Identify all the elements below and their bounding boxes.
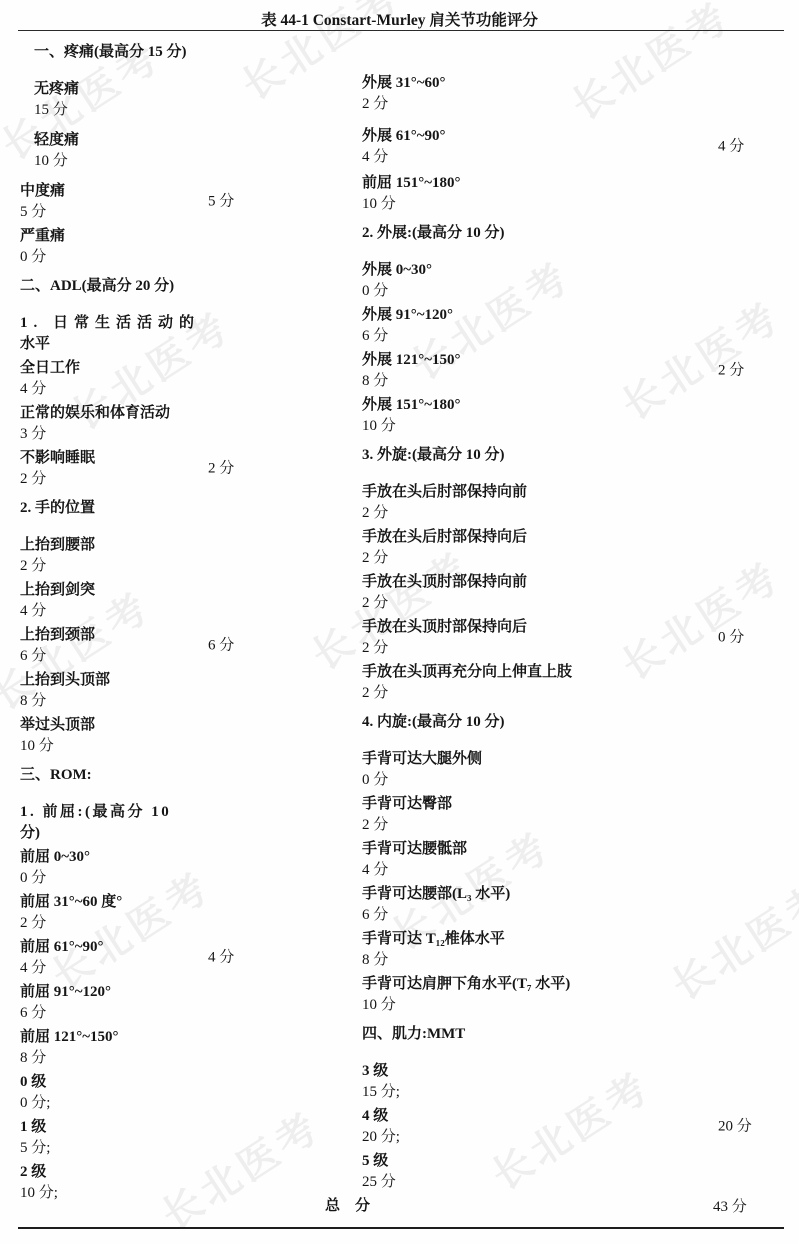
item-label: 0 级 xyxy=(20,1072,350,1093)
scoring-item: 外展 61°~90° 4 分 4 分 xyxy=(362,126,792,168)
item-label: 上抬到头顶部 xyxy=(20,670,350,691)
top-rule xyxy=(18,30,784,31)
section-rom: 三、ROM: xyxy=(20,765,350,786)
section-external-rotation: 3. 外旋:(最高分 10 分) xyxy=(362,445,792,466)
scoring-item: 无疼痛 15 分 xyxy=(34,79,350,121)
scoring-item: 手背可达大腿外侧 0 分 xyxy=(362,749,792,791)
item-label: 手背可达腰部(L₃ 水平) xyxy=(362,884,792,905)
item-points: 5 分; xyxy=(20,1138,350,1159)
item-label: 手背可达 T₁₂椎体水平 xyxy=(362,929,792,950)
item-points: 2 分 xyxy=(362,683,792,704)
item-points: 15 分; xyxy=(362,1082,792,1103)
item-label: 2 级 xyxy=(20,1162,350,1183)
item-label: 举过头顶部 xyxy=(20,715,350,736)
scoring-item: 4 级 20 分; 20 分 xyxy=(362,1106,792,1148)
item-label: 严重痛 xyxy=(20,226,350,247)
scoring-item: 外展 121°~150° 8 分 2 分 xyxy=(362,350,792,392)
column-score: 6 分 xyxy=(208,636,234,657)
item-label: 1 级 xyxy=(20,1117,350,1138)
scoring-item: 前屈 61°~90° 4 分 4 分 xyxy=(20,937,350,979)
column-score: 5 分 xyxy=(208,192,234,213)
scoring-item: 外展 0~30° 0 分 xyxy=(362,260,792,302)
item-label: 5 级 xyxy=(362,1151,792,1172)
section-internal-rotation: 4. 内旋:(最高分 10 分) xyxy=(362,712,792,733)
column-score: 2 分 xyxy=(718,361,744,382)
item-label: 水平 xyxy=(20,334,350,355)
item-points: 0 分 xyxy=(362,281,792,302)
scoring-item: 上抬到剑突 4 分 xyxy=(20,580,350,622)
scoring-item: 不影响睡眠 2 分 2 分 xyxy=(20,448,350,490)
item-label: 手背可达肩胛下角水平(T₇ 水平) xyxy=(362,974,792,995)
scoring-item: 手放在头顶肘部保持向后 2 分 0 分 xyxy=(362,617,792,659)
item-points: 8 分 xyxy=(362,950,792,971)
item-label: 1. 前屈:(最高分 10 xyxy=(20,802,350,823)
item-label: 前屈 61°~90° xyxy=(20,937,350,958)
scoring-item: 手放在头后肘部保持向后 2 分 xyxy=(362,527,792,569)
item-label: 手放在头后肘部保持向后 xyxy=(362,527,792,548)
scoring-item: 手放在头顶再充分向上伸直上肢 2 分 xyxy=(362,662,792,704)
scoring-item: 手背可达肩胛下角水平(T₇ 水平) 10 分 xyxy=(362,974,792,1016)
scoring-item: 3 级 15 分; xyxy=(362,1061,792,1103)
item-points: 4 分 xyxy=(362,860,792,881)
item-points: 4 分 xyxy=(20,601,350,622)
item-points: 3 分 xyxy=(20,424,350,445)
column-score: 2 分 xyxy=(208,459,234,480)
subsection-header: 1. 日常生活活动的 水平 xyxy=(20,313,350,355)
item-points: 5 分 xyxy=(20,202,350,223)
scoring-item: 全日工作 4 分 xyxy=(20,358,350,400)
item-points: 15 分 xyxy=(34,100,350,121)
item-label: 上抬到颈部 xyxy=(20,625,350,646)
item-label: 上抬到剑突 xyxy=(20,580,350,601)
item-points: 0 分 xyxy=(362,770,792,791)
item-points: 2 分 xyxy=(20,913,350,934)
item-points: 0 分 xyxy=(20,868,350,889)
item-label: 外展 31°~60° xyxy=(362,73,792,94)
item-label: 正常的娱乐和体育活动 xyxy=(20,403,350,424)
bottom-rule xyxy=(18,1227,784,1229)
scoring-item: 轻度痛 10 分 xyxy=(34,130,350,172)
item-label: 手放在头顶肘部保持向前 xyxy=(362,572,792,593)
section-pain: 一、疼痛(最高分 15 分) xyxy=(34,42,350,63)
item-points: 2 分 xyxy=(362,503,792,524)
column-score: 4 分 xyxy=(718,137,744,158)
section-abduction: 2. 外展:(最高分 10 分) xyxy=(362,223,792,244)
item-points: 6 分 xyxy=(362,326,792,347)
item-points: 10 分 xyxy=(362,416,792,437)
subsection-header: 1. 前屈:(最高分 10 分) xyxy=(20,802,350,844)
scoring-item: 手背可达腰部(L₃ 水平) 6 分 xyxy=(362,884,792,926)
item-label: 前屈 91°~120° xyxy=(20,982,350,1003)
item-points: 25 分 xyxy=(362,1172,792,1193)
item-label: 轻度痛 xyxy=(34,130,350,151)
item-points: 0 分 xyxy=(20,247,350,268)
scoring-item: 手放在头后肘部保持向前 2 分 xyxy=(362,482,792,524)
column-score: 20 分 xyxy=(718,1117,752,1138)
scoring-item: 1 级 5 分; xyxy=(20,1117,350,1159)
scoring-item: 前屈 91°~120° 6 分 xyxy=(20,982,350,1024)
item-points: 2 分 xyxy=(362,548,792,569)
item-points: 2 分 xyxy=(362,815,792,836)
section-hand-position: 2. 手的位置 xyxy=(20,498,350,519)
column-score: 0 分 xyxy=(718,628,744,649)
item-label: 不影响睡眠 xyxy=(20,448,350,469)
item-label: 前屈 0~30° xyxy=(20,847,350,868)
scoring-item: 外展 91°~120° 6 分 xyxy=(362,305,792,347)
scoring-item: 前屈 151°~180° 10 分 xyxy=(362,173,792,215)
left-column: 一、疼痛(最高分 15 分) 无疼痛 15 分 轻度痛 10 分 中度痛 5 分… xyxy=(20,34,350,1207)
item-label: 外展 91°~120° xyxy=(362,305,792,326)
item-label: 手背可达大腿外侧 xyxy=(362,749,792,770)
item-label: 3 级 xyxy=(362,1061,792,1082)
scoring-item: 上抬到头顶部 8 分 xyxy=(20,670,350,712)
scoring-item: 前屈 121°~150° 8 分 xyxy=(20,1027,350,1069)
column-score: 4 分 xyxy=(208,948,234,969)
item-points: 2 分 xyxy=(362,593,792,614)
item-label: 手放在头顶再充分向上伸直上肢 xyxy=(362,662,792,683)
scoring-item: 上抬到颈部 6 分 6 分 xyxy=(20,625,350,667)
scoring-item: 外展 31°~60° 2 分 xyxy=(362,73,792,115)
scoring-item: 上抬到腰部 2 分 xyxy=(20,535,350,577)
item-points: 2 分 xyxy=(20,556,350,577)
item-label: 外展 151°~180° xyxy=(362,395,792,416)
item-points: 10 分; xyxy=(20,1183,350,1204)
item-points: 2 分 xyxy=(20,469,350,490)
section-adl: 二、ADL(最高分 20 分) xyxy=(20,276,350,297)
scoring-item: 0 级 0 分; xyxy=(20,1072,350,1114)
item-points: 6 分 xyxy=(20,1003,350,1024)
item-label: 中度痛 xyxy=(20,181,350,202)
scoring-item: 2 级 10 分; xyxy=(20,1162,350,1204)
scoring-item: 手放在头顶肘部保持向前 2 分 xyxy=(362,572,792,614)
scoring-item: 中度痛 5 分 5 分 xyxy=(20,181,350,223)
item-label: 手背可达臀部 xyxy=(362,794,792,815)
item-label: 前屈 151°~180° xyxy=(362,173,792,194)
scoring-item: 正常的娱乐和体育活动 3 分 xyxy=(20,403,350,445)
item-points: 4 分 xyxy=(20,958,350,979)
scoring-item: 前屈 31°~60 度° 2 分 xyxy=(20,892,350,934)
item-label: 手背可达腰骶部 xyxy=(362,839,792,860)
item-points: 0 分; xyxy=(20,1093,350,1114)
item-points: 4 分 xyxy=(20,379,350,400)
section-muscle-strength: 四、肌力:MMT xyxy=(362,1024,792,1045)
item-label: 手放在头后肘部保持向前 xyxy=(362,482,792,503)
item-label: 分) xyxy=(20,823,350,844)
scoring-item: 前屈 0~30° 0 分 xyxy=(20,847,350,889)
item-points: 10 分 xyxy=(34,151,350,172)
right-column: 外展 31°~60° 2 分 外展 61°~90° 4 分 4 分 前屈 151… xyxy=(362,73,792,1196)
scoring-item: 举过头顶部 10 分 xyxy=(20,715,350,757)
item-points: 2 分 xyxy=(362,94,792,115)
item-label: 外展 0~30° xyxy=(362,260,792,281)
item-label: 无疼痛 xyxy=(34,79,350,100)
item-points: 8 分 xyxy=(20,1048,350,1069)
item-label: 上抬到腰部 xyxy=(20,535,350,556)
item-label: 1. 日常生活活动的 xyxy=(20,313,350,334)
total-score: 43 分 xyxy=(713,1195,747,1216)
page-title: 表 44-1 Constart-Murley 肩关节功能评分 xyxy=(0,8,799,30)
item-label: 全日工作 xyxy=(20,358,350,379)
total-label: 总 分 xyxy=(325,1194,370,1215)
item-points: 6 分 xyxy=(20,646,350,667)
scoring-item: 手背可达 T₁₂椎体水平 8 分 xyxy=(362,929,792,971)
scoring-item: 手背可达臀部 2 分 xyxy=(362,794,792,836)
scoring-item: 手背可达腰骶部 4 分 xyxy=(362,839,792,881)
scoring-item: 严重痛 0 分 xyxy=(20,226,350,268)
item-label: 前屈 121°~150° xyxy=(20,1027,350,1048)
item-points: 8 分 xyxy=(20,691,350,712)
item-points: 10 分 xyxy=(362,995,792,1016)
item-points: 10 分 xyxy=(20,736,350,757)
item-points: 6 分 xyxy=(362,905,792,926)
scoring-item: 外展 151°~180° 10 分 xyxy=(362,395,792,437)
scoring-item: 5 级 25 分 xyxy=(362,1151,792,1193)
item-points: 10 分 xyxy=(362,194,792,215)
item-label: 前屈 31°~60 度° xyxy=(20,892,350,913)
